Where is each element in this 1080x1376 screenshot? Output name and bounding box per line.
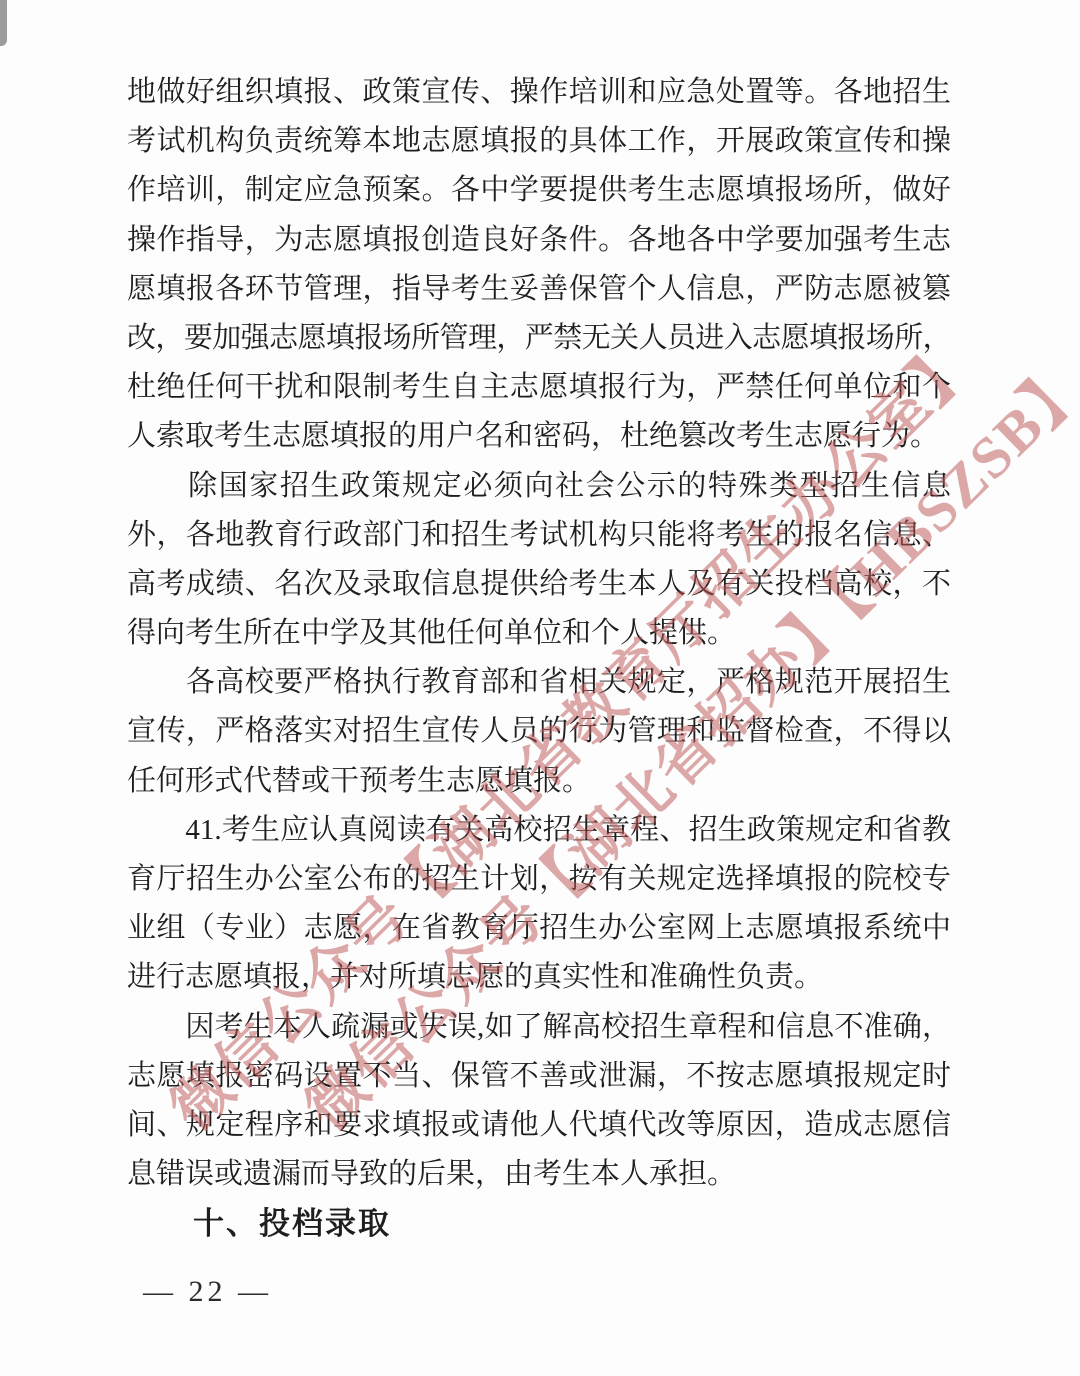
body-line: 宣传，严格落实对招生宣传人员的行为管理和监督检查，不得以	[127, 707, 951, 756]
body-line: 作培训，制定应急预案。各中学要提供考生志愿填报场所，做好	[127, 166, 951, 215]
page-number: — 22 —	[143, 1272, 272, 1312]
body-line: 考试机构负责统筹本地志愿填报的具体工作，开展政策宣传和操	[127, 117, 951, 166]
body-line: 操作指导，为志愿填报创造良好条件。各地各中学要加强考生志	[127, 216, 951, 265]
body-line: 41.考生应认真阅读有关高校招生章程、招生政策规定和省教	[127, 806, 951, 855]
body-line: 息错误或遗漏而导致的后果，由考生本人承担。	[127, 1150, 951, 1199]
body-line: 改，要加强志愿填报场所管理，严禁无关人员进入志愿填报场所，	[127, 314, 951, 363]
body-line: 进行志愿填报，并对所填志愿的真实性和准确性负责。	[127, 953, 951, 1002]
body-line: 育厅招生办公室公布的招生计划，按有关规定选择填报的院校专	[127, 855, 951, 904]
body-line: 高考成绩、名次及录取信息提供给考生本人及有关投档高校，不	[127, 560, 951, 609]
body-line: 业组（专业）志愿，在省教育厅招生办公室网上志愿填报系统中	[127, 904, 951, 953]
document-page: 地做好组织填报、政策宣传、操作培训和应急处置等。各地招生 考试机构负责统筹本地志…	[0, 0, 1080, 1376]
scan-artifact	[0, 0, 7, 46]
body-line: 杜绝任何干扰和限制考生自主志愿填报行为，严禁任何单位和个	[127, 363, 951, 412]
body-line: 人索取考生志愿填报的用户名和密码，杜绝篡改考生志愿行为。	[127, 412, 951, 461]
body-text: 地做好组织填报、政策宣传、操作培训和应急处置等。各地招生 考试机构负责统筹本地志…	[127, 68, 951, 1249]
body-line: 得向考生所在中学及其他任何单位和个人提供。	[127, 609, 951, 658]
body-line: 各高校要严格执行教育部和省相关规定，严格规范开展招生	[127, 658, 951, 707]
section-heading: 十、投档录取	[127, 1199, 951, 1248]
body-line: 除国家招生政策规定必须向社会公示的特殊类型招生信息	[127, 462, 951, 511]
body-line: 因考生本人疏漏或失误,如了解高校招生章程和信息不准确，	[127, 1003, 951, 1052]
body-line: 志愿填报密码设置不当、保管不善或泄漏，不按志愿填报规定时	[127, 1052, 951, 1101]
body-line: 任何形式代替或干预考生志愿填报。	[127, 757, 951, 806]
body-line: 间、规定程序和要求填报或请他人代填代改等原因，造成志愿信	[127, 1101, 951, 1150]
body-line: 地做好组织填报、政策宣传、操作培训和应急处置等。各地招生	[127, 68, 951, 117]
body-line: 外，各地教育行政部门和招生考试机构只能将考生的报名信息、	[127, 511, 951, 560]
body-line: 愿填报各环节管理，指导考生妥善保管个人信息，严防志愿被篡	[127, 265, 951, 314]
